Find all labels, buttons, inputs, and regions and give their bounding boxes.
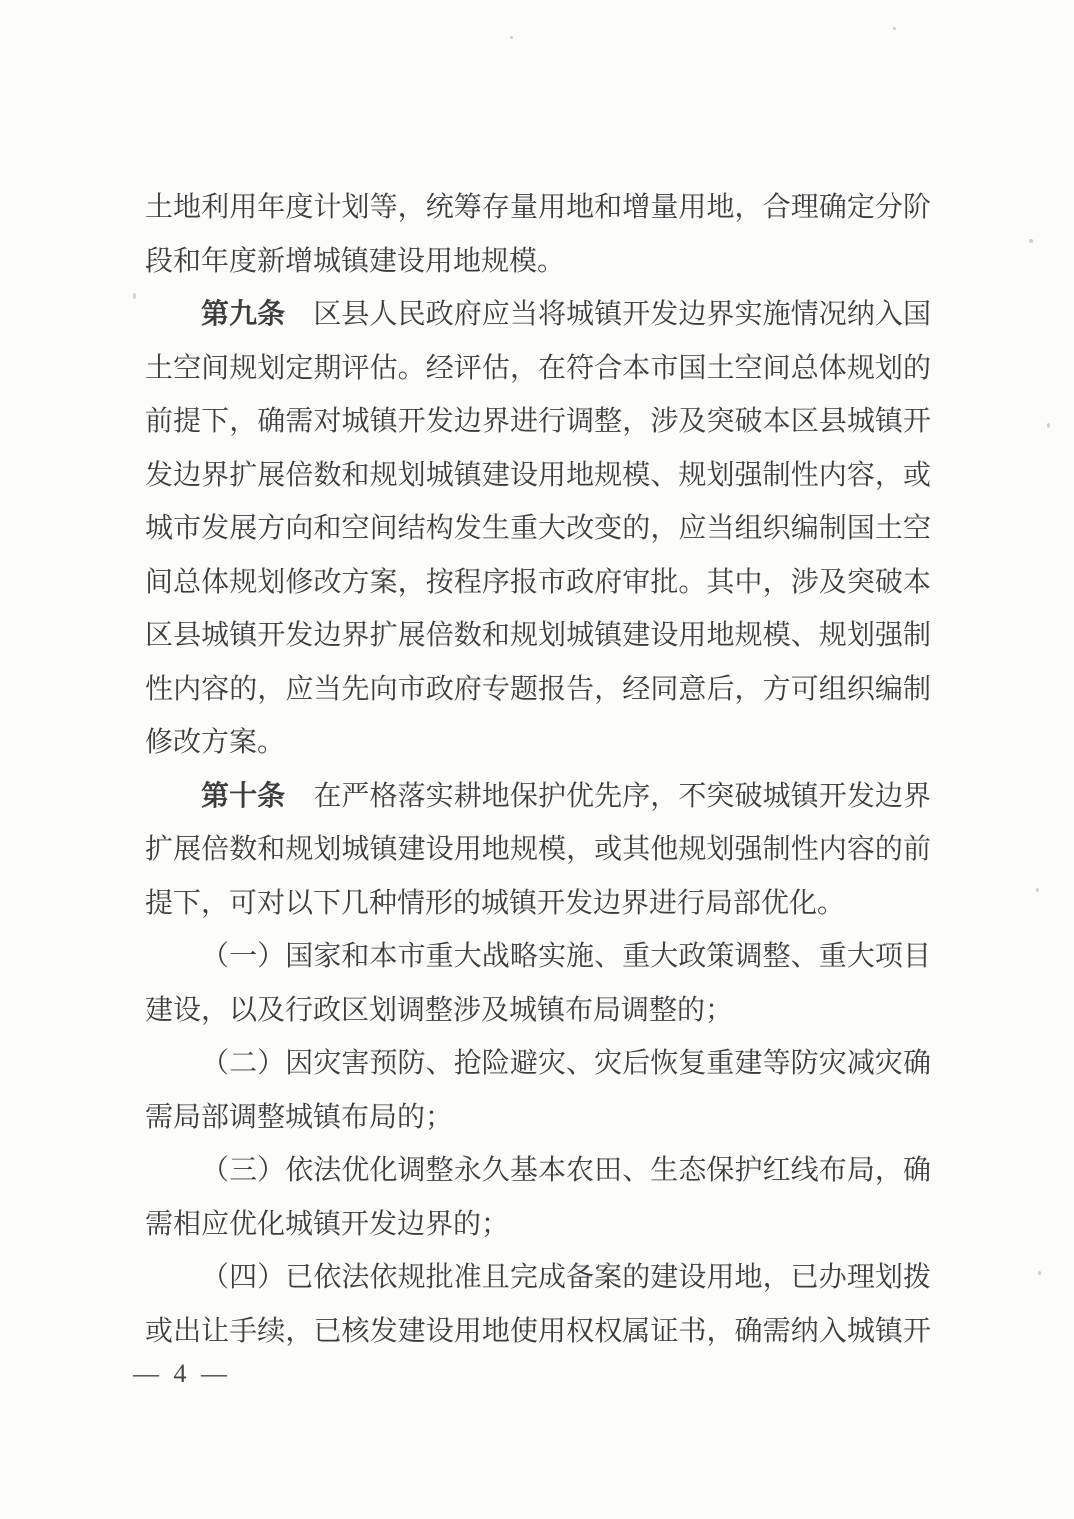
- page-number: — 4 —: [133, 1352, 231, 1396]
- text-line: 需相应优化城镇开发边界的；: [145, 1198, 931, 1252]
- scan-speck: [1038, 1271, 1041, 1275]
- text-line: 土空间规划定期评估。经评估，在符合本市国土空间总体规划的: [145, 342, 931, 396]
- text-line: 土地利用年度计划等，统筹存量用地和增量用地，合理确定分阶: [145, 181, 931, 235]
- text-line: 或出让手续，已核发建设用地使用权权属证书，确需纳入城镇开: [145, 1305, 931, 1359]
- text-line: 扩展倍数和规划城镇建设用地规模，或其他规划强制性内容的前: [145, 823, 931, 877]
- text-line: 建设，以及行政区划调整涉及城镇布局调整的；: [145, 984, 931, 1038]
- scan-speck: [133, 293, 136, 299]
- text-line: （二）因灾害预防、抢险避灾、灾后恢复重建等防灾减灾确: [145, 1037, 931, 1091]
- text-line: 间总体规划修改方案，按程序报市政府审批。其中，涉及突破本: [145, 556, 931, 610]
- text-line: （一）国家和本市重大战略实施、重大政策调整、重大项目: [145, 930, 931, 984]
- text-line: 城市发展方向和空间结构发生重大改变的，应当组织编制国土空: [145, 502, 931, 556]
- text-line: 发边界扩展倍数和规划城镇建设用地规模、规划强制性内容，或: [145, 449, 931, 503]
- scan-speck: [1036, 888, 1039, 892]
- text-line: （四）已依法依规批准且完成备案的建设用地，已办理划拨: [145, 1251, 931, 1305]
- text-line: 需局部调整城镇布局的；: [145, 1091, 931, 1145]
- article-number: 第九条: [201, 299, 285, 330]
- text-line: （三）依法优化调整永久基本农田、生态保护红线布局，确: [145, 1144, 931, 1198]
- text-line: 第九条 区县人民政府应当将城镇开发边界实施情况纳入国: [145, 288, 931, 342]
- text-line: 提下，可对以下几种情形的城镇开发边界进行局部优化。: [145, 877, 931, 931]
- document-page: 土地利用年度计划等，统筹存量用地和增量用地，合理确定分阶段和年度新增城镇建设用地…: [0, 0, 1074, 1519]
- text-line: 段和年度新增城镇建设用地规模。: [145, 235, 931, 289]
- text-line: 前提下，确需对城镇开发边界进行调整，涉及突破本区县城镇开: [145, 395, 931, 449]
- document-body: 土地利用年度计划等，统筹存量用地和增量用地，合理确定分阶段和年度新增城镇建设用地…: [145, 181, 931, 1358]
- scan-speck: [1029, 239, 1033, 243]
- scan-speck: [893, 27, 896, 30]
- text-line: 修改方案。: [145, 716, 931, 770]
- article-number: 第十条: [201, 781, 285, 812]
- scan-speck: [510, 36, 513, 39]
- scan-speck: [1047, 423, 1050, 428]
- text-line: 性内容的，应当先向市政府专题报告，经同意后，方可组织编制: [145, 663, 931, 717]
- text-line: 第十条 在严格落实耕地保护优先序，不突破城镇开发边界: [145, 770, 931, 824]
- text-line: 区县城镇开发边界扩展倍数和规划城镇建设用地规模、规划强制: [145, 609, 931, 663]
